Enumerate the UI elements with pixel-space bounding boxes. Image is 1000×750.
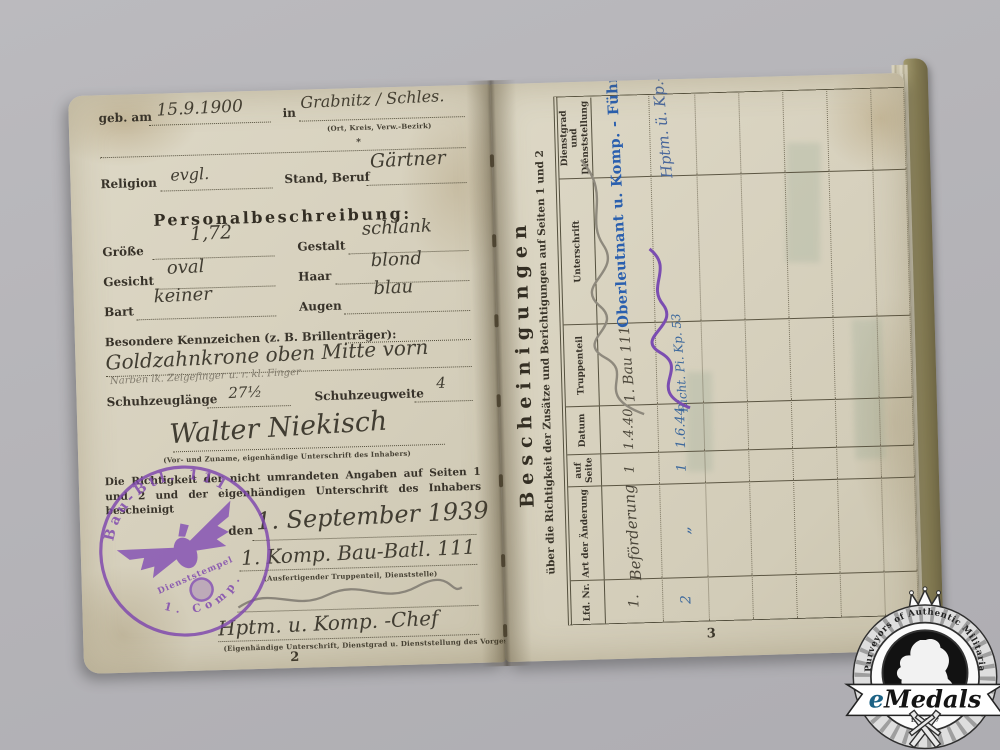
dotted-line bbox=[299, 116, 465, 122]
rotated-table-area: Bescheinigungen über die Richtigkeit der… bbox=[505, 85, 917, 631]
row1-date: 1.4.40 bbox=[621, 408, 637, 450]
hair-label: Haar bbox=[298, 269, 332, 284]
occupation-label: Stand, Beruf bbox=[284, 170, 370, 186]
in-label: in bbox=[282, 106, 296, 120]
section-mark: ∗ bbox=[355, 136, 361, 146]
birth-place-handwriting: Grabnitz / Schles. bbox=[300, 86, 445, 112]
row1-change-type: Beförderung bbox=[619, 483, 645, 580]
row2-date: 1.6.44 bbox=[673, 407, 689, 449]
occupation-handwriting: Gärtner bbox=[369, 147, 446, 173]
eyes-label: Augen bbox=[299, 299, 342, 314]
col-header-lfd-nr: Lfd. Nr. bbox=[571, 579, 606, 624]
col-header-dienstgrad: Dienstgrad und Dienststellung bbox=[557, 98, 593, 179]
born-on-label: geb. am bbox=[98, 110, 152, 125]
owner-signature: Walter Niekisch bbox=[169, 406, 389, 451]
photo-background: geb. am 15.9.1900 in Grabnitz / Schles. … bbox=[0, 0, 1000, 750]
row2-signature-cell bbox=[651, 175, 701, 322]
face-handwriting: oval bbox=[166, 256, 204, 279]
row1-page: 1 bbox=[623, 465, 638, 474]
binding-stitch bbox=[494, 314, 498, 327]
brand-e: e bbox=[869, 685, 884, 714]
col-header-art: Art der Änderung bbox=[568, 485, 605, 580]
shoe-width-handwriting: 4 bbox=[436, 374, 446, 392]
binding-stitch bbox=[490, 154, 494, 167]
col-header-unterschrift: Unterschrift bbox=[560, 178, 598, 325]
face-label: Gesicht bbox=[103, 274, 154, 289]
col-header-truppenteil: Truppenteil bbox=[564, 323, 600, 406]
dotted-line bbox=[161, 187, 273, 191]
binding-stitch bbox=[497, 394, 501, 407]
row2-change-type: „ bbox=[674, 526, 693, 535]
left-page: geb. am 15.9.1900 in Grabnitz / Schles. … bbox=[68, 84, 506, 674]
hair-handwriting: blond bbox=[370, 248, 422, 271]
beard-label: Bart bbox=[104, 304, 134, 319]
binding-stitch bbox=[492, 234, 496, 247]
col-header-auf-seite: auf Seite bbox=[567, 453, 602, 486]
build-label: Gestalt bbox=[297, 238, 345, 253]
row1-number: 1. bbox=[626, 594, 642, 608]
height-handwriting: 1,72 bbox=[189, 221, 232, 245]
svg-text:eMedals: eMedals bbox=[869, 685, 982, 714]
dotted-line bbox=[136, 315, 276, 320]
row1-unit: 1. Bau 111 bbox=[616, 325, 638, 403]
dotted-line bbox=[207, 405, 291, 408]
shoe-width-label: Schuhzeugweite bbox=[314, 386, 424, 403]
brand-banner: eMedals bbox=[847, 684, 1000, 715]
row2-page: 1 bbox=[675, 463, 690, 472]
place-caption: (Ort, Kreis, Verw.-Bezirk) bbox=[327, 121, 432, 133]
beard-handwriting: keiner bbox=[153, 284, 212, 308]
binding-stitch bbox=[499, 474, 503, 487]
binding-stitch bbox=[503, 624, 507, 637]
brand-medals: Medals bbox=[883, 685, 982, 714]
religion-label: Religion bbox=[100, 176, 157, 192]
height-label: Größe bbox=[102, 244, 144, 259]
col-header-datum: Datum bbox=[566, 405, 601, 454]
emedals-watermark-logo: Purveyors of Authentic Militaria eMedals… bbox=[842, 584, 1000, 750]
eyes-handwriting: blau bbox=[373, 276, 414, 299]
dotted-line bbox=[415, 400, 473, 403]
shoe-length-label: Schuhzeuglänge bbox=[106, 392, 217, 409]
build-handwriting: schlank bbox=[361, 215, 432, 239]
wehrpass-book: geb. am 15.9.1900 in Grabnitz / Schles. … bbox=[68, 72, 946, 678]
row2-unit: Richt. Pi. Kp. 53 bbox=[668, 313, 690, 413]
row2-number: 2 bbox=[678, 595, 694, 604]
religion-handwriting: evgl. bbox=[170, 164, 210, 185]
dotted-line bbox=[149, 121, 271, 125]
birth-date-handwriting: 15.9.1900 bbox=[156, 96, 243, 120]
dotted-line bbox=[367, 182, 467, 186]
binding-stitch bbox=[501, 554, 505, 567]
right-page: Bescheinigungen über die Richtigkeit der… bbox=[490, 73, 920, 662]
shoe-length-handwriting: 27½ bbox=[228, 383, 262, 403]
dotted-line bbox=[344, 310, 470, 315]
